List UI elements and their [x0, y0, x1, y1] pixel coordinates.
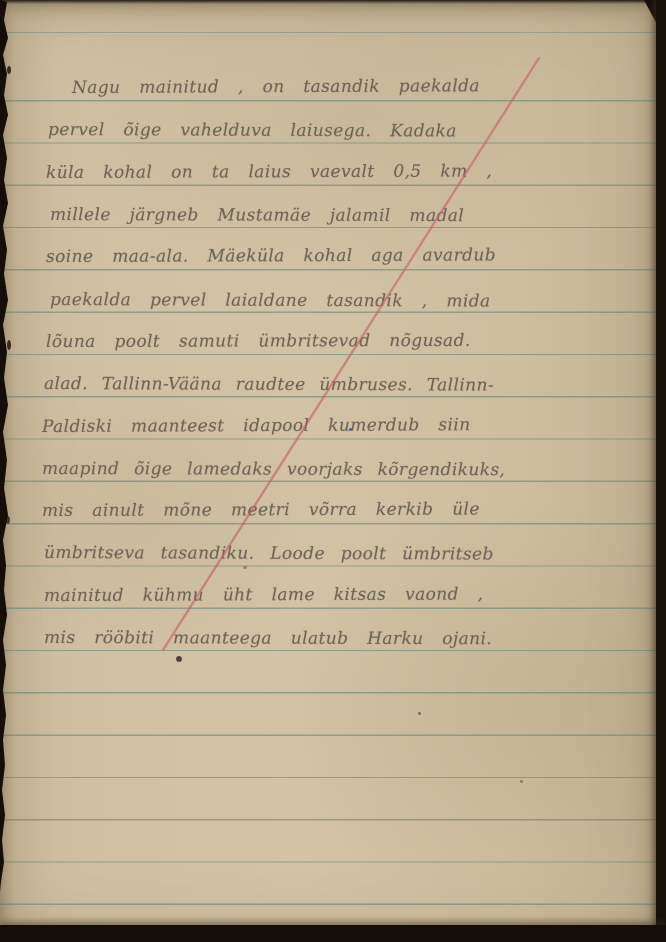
- ink-dot: [176, 656, 182, 662]
- photo-edge-top: [0, 0, 666, 4]
- photo-edge-bottom: [0, 925, 666, 942]
- paper-speck: [520, 780, 523, 783]
- photo-edge-right: [656, 0, 666, 942]
- torn-left-edge: [0, 0, 14, 942]
- red-strike-line: [0, 0, 666, 942]
- notebook-page: Nagu mainitud , on tasandik paekalda per…: [0, 0, 666, 942]
- paper-speck: [243, 566, 247, 569]
- blue-speck: [349, 428, 352, 431]
- paper-speck: [418, 712, 421, 715]
